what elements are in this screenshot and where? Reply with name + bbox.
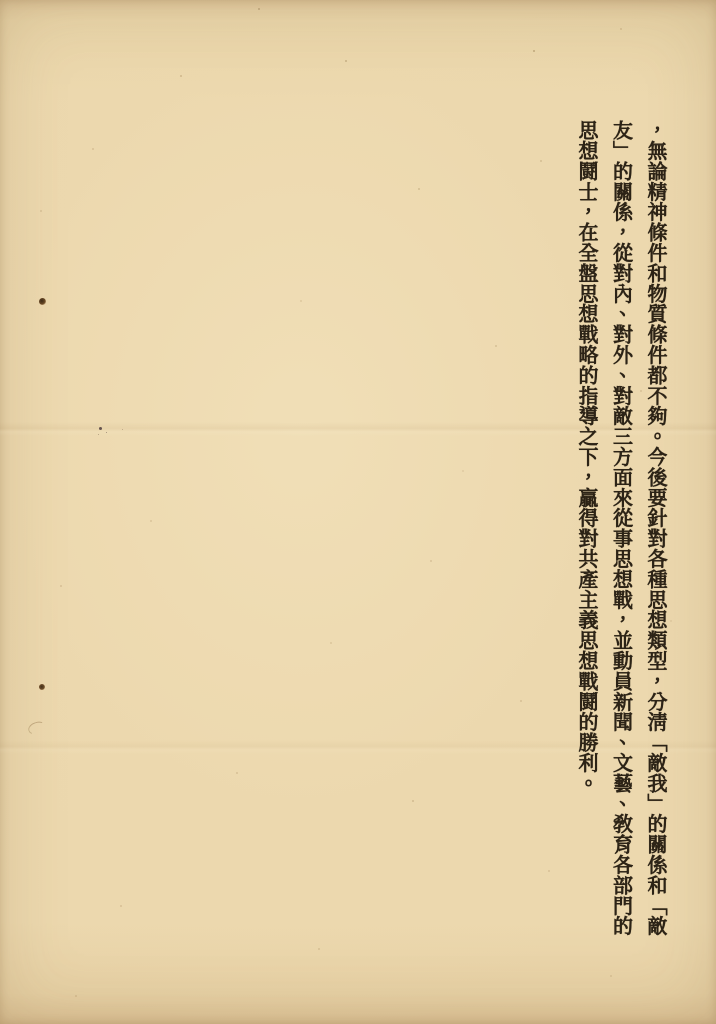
- paper-fiber: [27, 720, 48, 737]
- text-column-1: ，無論精神條件和物質條件都不夠。今後要針對各種思想類型，分淸「敵我」的關係和「敵: [639, 120, 674, 970]
- paper-texture-specks: [0, 0, 2, 2]
- paper-stain: [39, 298, 46, 305]
- paper-stain: [39, 684, 45, 690]
- text-column-2: 友」的關係，從對內、對外、對敵三方面來從事思想戰，並動員新聞、文藝、敎育各部門的: [604, 120, 639, 970]
- text-column-3: 思想鬪士，在全盤思想戰略的指導之下，贏得對共產主義思想戰鬪的勝利。: [570, 120, 605, 970]
- ink-fleck: [99, 427, 102, 430]
- vertical-text-block: ，無論精神條件和物質條件都不夠。今後要針對各種思想類型，分淸「敵我」的關係和「敵…: [570, 120, 674, 970]
- scanned-document-page: ，無論精神條件和物質條件都不夠。今後要針對各種思想類型，分淸「敵我」的關係和「敵…: [0, 0, 716, 1024]
